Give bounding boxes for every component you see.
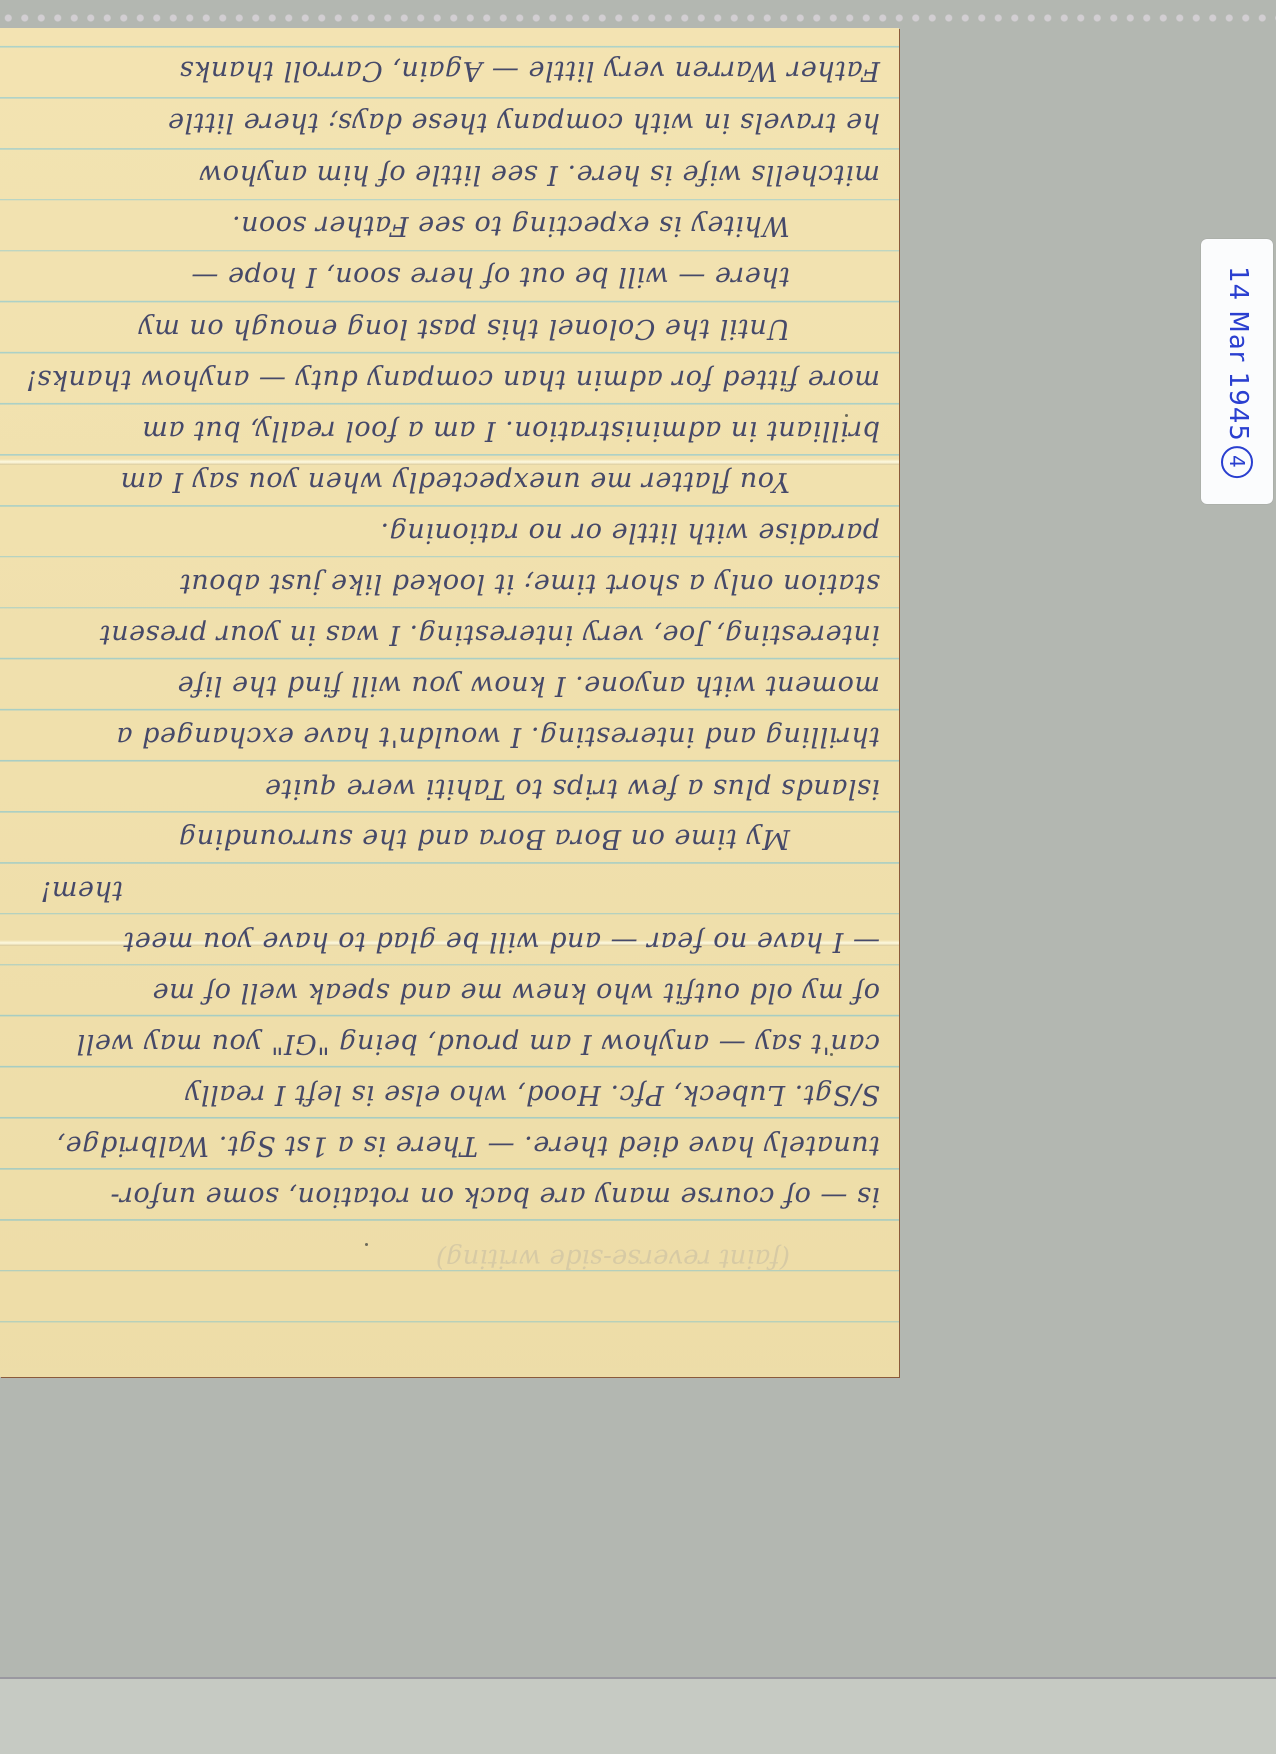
letter-line: interesting, Joe, very interesting. I wa…: [40, 614, 880, 654]
letter-line: — I have no fear — and will be glad to h…: [40, 921, 880, 961]
label-date: 14 Mar 1945: [1223, 266, 1253, 442]
letter-line: brilliant in administration. I am a fool…: [40, 410, 880, 450]
letter-line: station only a short time; it looked lik…: [40, 563, 880, 603]
letter-line: Whitey is expecting to see Father soon.: [40, 205, 880, 245]
letter-line: of my old outfit who knew me and speak w…: [40, 972, 880, 1012]
letter-line: is — of course many are back on rotation…: [40, 1176, 880, 1216]
letter-line: islands plus a few trips to Tahiti were …: [40, 768, 880, 808]
letter-line: Until the Colonel this past long enough …: [40, 308, 880, 348]
date-label-tag: 14 Mar 19454: [1201, 239, 1273, 504]
letter-line: mitchells wife is here. I see little of …: [40, 154, 880, 194]
scanner-perforation-strip: [0, 12, 1276, 24]
ink-speck: [830, 1053, 833, 1056]
letter-line: more fitted for admin than company duty …: [40, 359, 880, 399]
letter-line: them!: [40, 870, 880, 910]
letter-line: moment with anyone. I know you will find…: [40, 665, 880, 705]
letter-line: he travels in with company these days; t…: [40, 102, 880, 142]
page-number-circled: 4: [1221, 445, 1253, 477]
letter-line: You flatter me unexpectedly when you say…: [40, 461, 880, 501]
letter-line: My time on Bora Bora and the surrounding: [40, 818, 880, 858]
bleed-through-text: (faint reverse-side writing): [90, 1233, 790, 1273]
letter-line: Father Warren very little — Again, Carro…: [40, 50, 880, 90]
letter-line: thrilling and interesting. I wouldn't ha…: [40, 716, 880, 756]
letter-line: paradise with little or no rationing.: [40, 512, 880, 552]
letter-page: Father Warren very little — Again, Carro…: [0, 28, 899, 1377]
date-label-text: 14 Mar 19454: [1221, 266, 1253, 478]
letter-line: there — will be out of here soon, I hope…: [40, 256, 880, 296]
ink-speck: [845, 414, 848, 417]
letter-line: S/Sgt. Lubeck, Pfc. Hood, who else is le…: [40, 1074, 880, 1114]
letter-line: tunately have died there. — There is a 1…: [40, 1125, 880, 1165]
letter-line: can't say — anyhow I am proud, being "GI…: [40, 1023, 880, 1063]
scanner-bed-edge: [0, 1677, 1276, 1754]
ink-speck: [365, 1243, 368, 1246]
